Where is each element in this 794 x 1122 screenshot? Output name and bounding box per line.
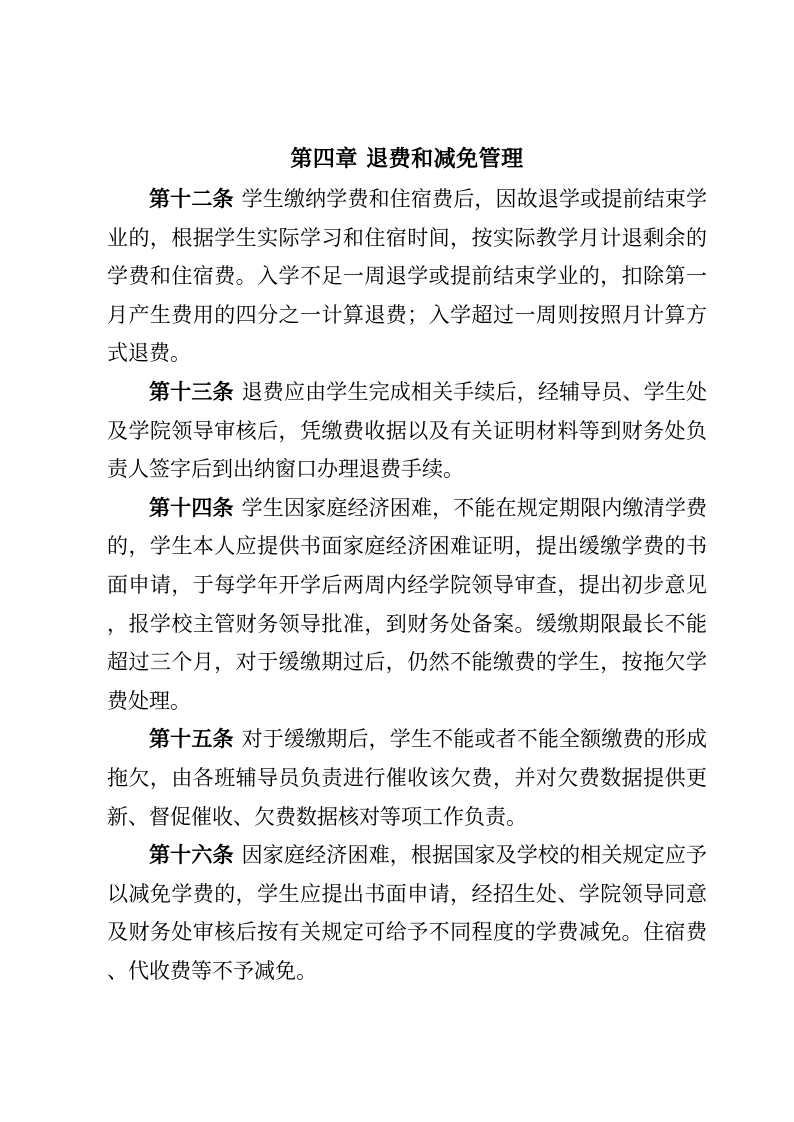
article-number: 第十二条 xyxy=(149,186,234,211)
article-number: 第十六条 xyxy=(149,842,234,867)
article-paragraph-12: 第十二条学生缴纳学费和住宿费后，因故退学或提前结束学业的，根据学生实际学习和住宿… xyxy=(107,180,707,373)
article-text: 学生因家庭经济困难，不能在规定期限内缴清学费的，学生本人应提供书面家庭经济困难证… xyxy=(107,496,707,713)
document-page: 第四章 退费和减免管理 第十二条学生缴纳学费和住宿费后，因故退学或提前结束学业的… xyxy=(0,0,794,1122)
article-paragraph-16: 第十六条因家庭经济困难，根据国家及学校的相关规定应予以减免学费的，学生应提出书面… xyxy=(107,836,707,990)
article-number: 第十四条 xyxy=(149,495,234,520)
article-paragraph-14: 第十四条学生因家庭经济困难，不能在规定期限内缴清学费的，学生本人应提供书面家庭经… xyxy=(107,489,707,721)
article-text: 学生缴纳学费和住宿费后，因故退学或提前结束学业的，根据学生实际学习和住宿时间，按… xyxy=(107,187,707,365)
document-content: 第四章 退费和减免管理 第十二条学生缴纳学费和住宿费后，因故退学或提前结束学业的… xyxy=(107,140,707,990)
article-number: 第十五条 xyxy=(149,726,234,751)
article-paragraph-13: 第十三条退费应由学生完成相关手续后，经辅导员、学生处及学院领导审核后，凭缴费收据… xyxy=(107,373,707,489)
chapter-title: 第四章 退费和减免管理 xyxy=(107,140,707,180)
article-number: 第十三条 xyxy=(149,379,234,404)
article-paragraph-15: 第十五条对于缓缴期后，学生不能或者不能全额缴费的形成拖欠，由各班辅导员负责进行催… xyxy=(107,720,707,836)
